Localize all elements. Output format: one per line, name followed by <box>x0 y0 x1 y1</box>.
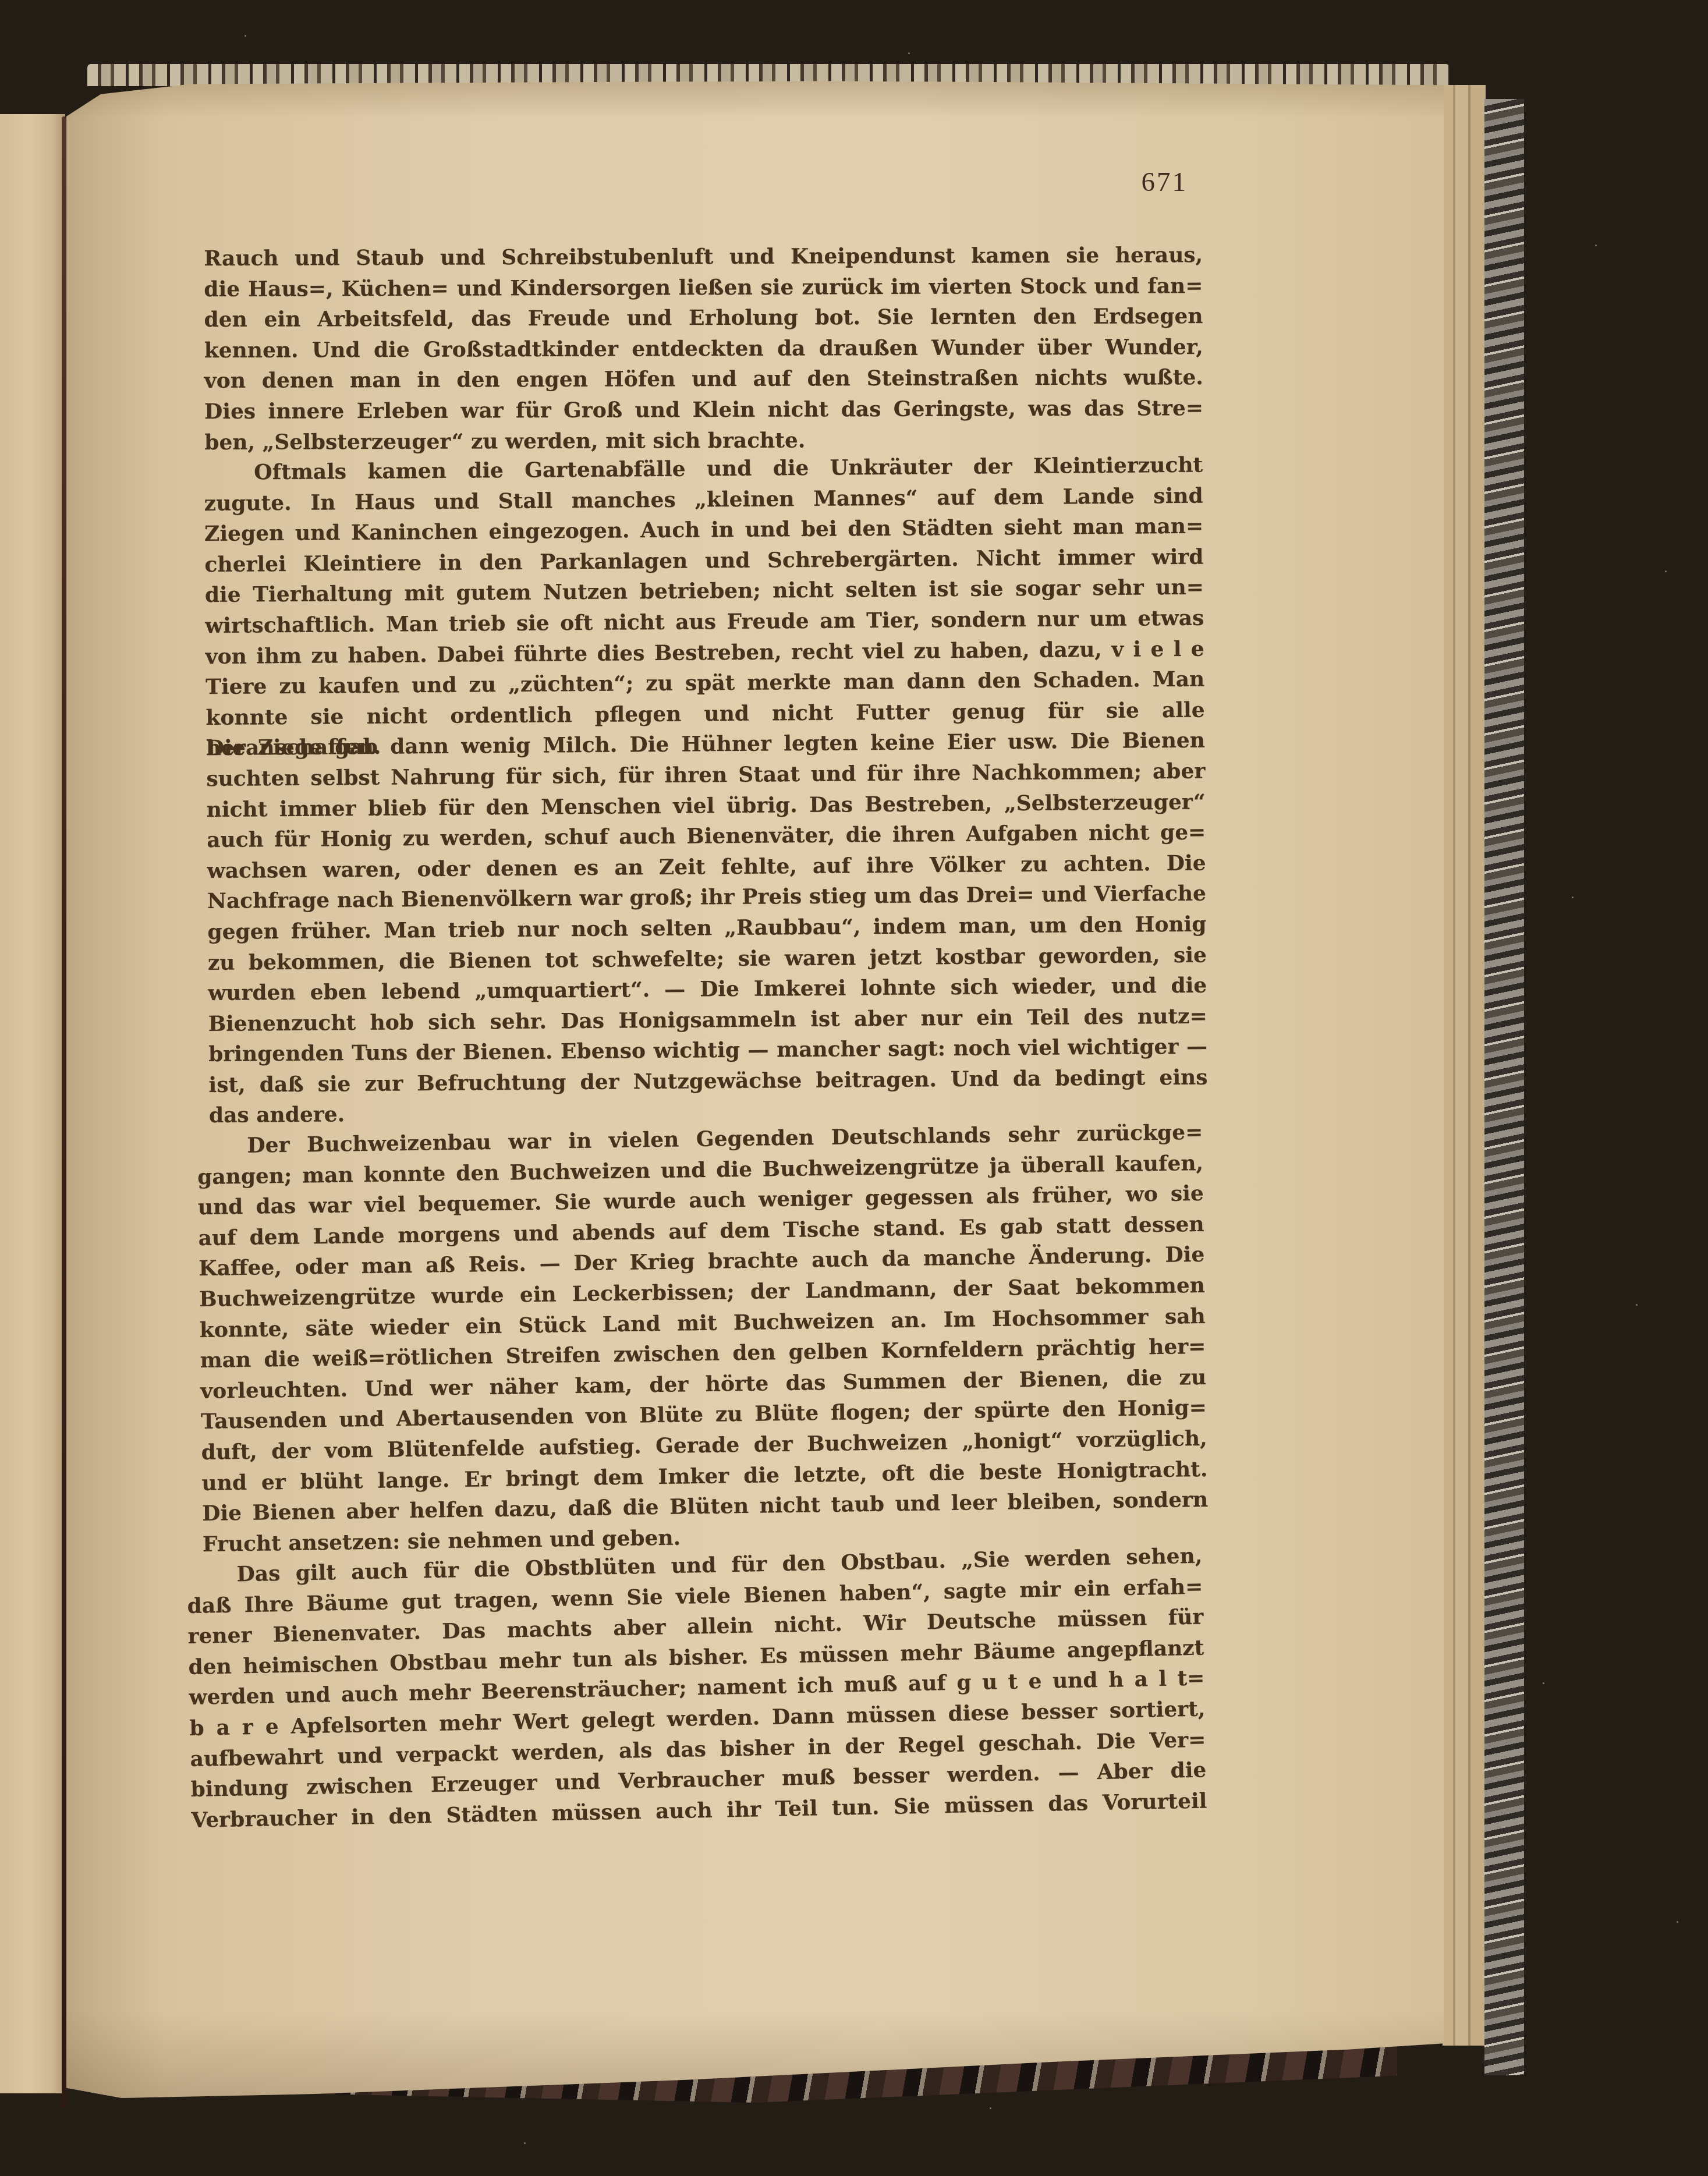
paragraph: Rauch und Staub und Schreibstubenluft un… <box>204 240 1203 458</box>
dust-speck <box>244 35 246 37</box>
dust-speck <box>1665 570 1667 572</box>
dust-speck <box>1636 1304 1638 1306</box>
text-line: Dies innere Erleben war für Groß und Kle… <box>204 393 1203 427</box>
paragraph: Das gilt auch für die Obstblüten und für… <box>186 1540 1207 1835</box>
text-line: den ein Arbeitsfeld, das Freude und Erho… <box>204 301 1203 335</box>
dust-speck <box>908 52 910 54</box>
photo-backdrop: { "colors":{ "paper":"#e1cfae", "ink":"#… <box>0 0 1708 2176</box>
text-line: die Haus=, Küchen= und Kindersorgen ließ… <box>204 271 1203 305</box>
text-line: kennen. Und die Großstadtkinder entdeckt… <box>204 332 1203 366</box>
book-page: 671 Rauch und Staub und Schreibstubenluf… <box>66 78 1444 2098</box>
gutter-crease <box>62 116 66 2107</box>
text-line: Rauch und Staub und Schreibstubenluft un… <box>204 240 1203 274</box>
page-number: 671 <box>1142 166 1188 198</box>
book-right-page-edges <box>1443 85 1486 2046</box>
dust-speck <box>1595 244 1597 246</box>
dust-speck <box>990 2107 991 2109</box>
marbled-cover-edge <box>1484 99 1524 2075</box>
dust-speck <box>1572 896 1574 898</box>
dust-speck <box>524 2142 526 2144</box>
dust-speck <box>1543 1682 1544 1684</box>
page-text: Rauch und Staub und Schreibstubenluft un… <box>204 243 1203 1835</box>
paragraph: Oftmals kamen die Gartenabfälle und die … <box>204 450 1208 1132</box>
dust-speck <box>1677 1921 1678 1923</box>
paragraph: Der Buchweizenbau war in vielen Gegenden… <box>197 1117 1209 1560</box>
left-page-sliver <box>0 114 65 2093</box>
text-line: von denen man in den engen Höfen und auf… <box>204 362 1203 396</box>
